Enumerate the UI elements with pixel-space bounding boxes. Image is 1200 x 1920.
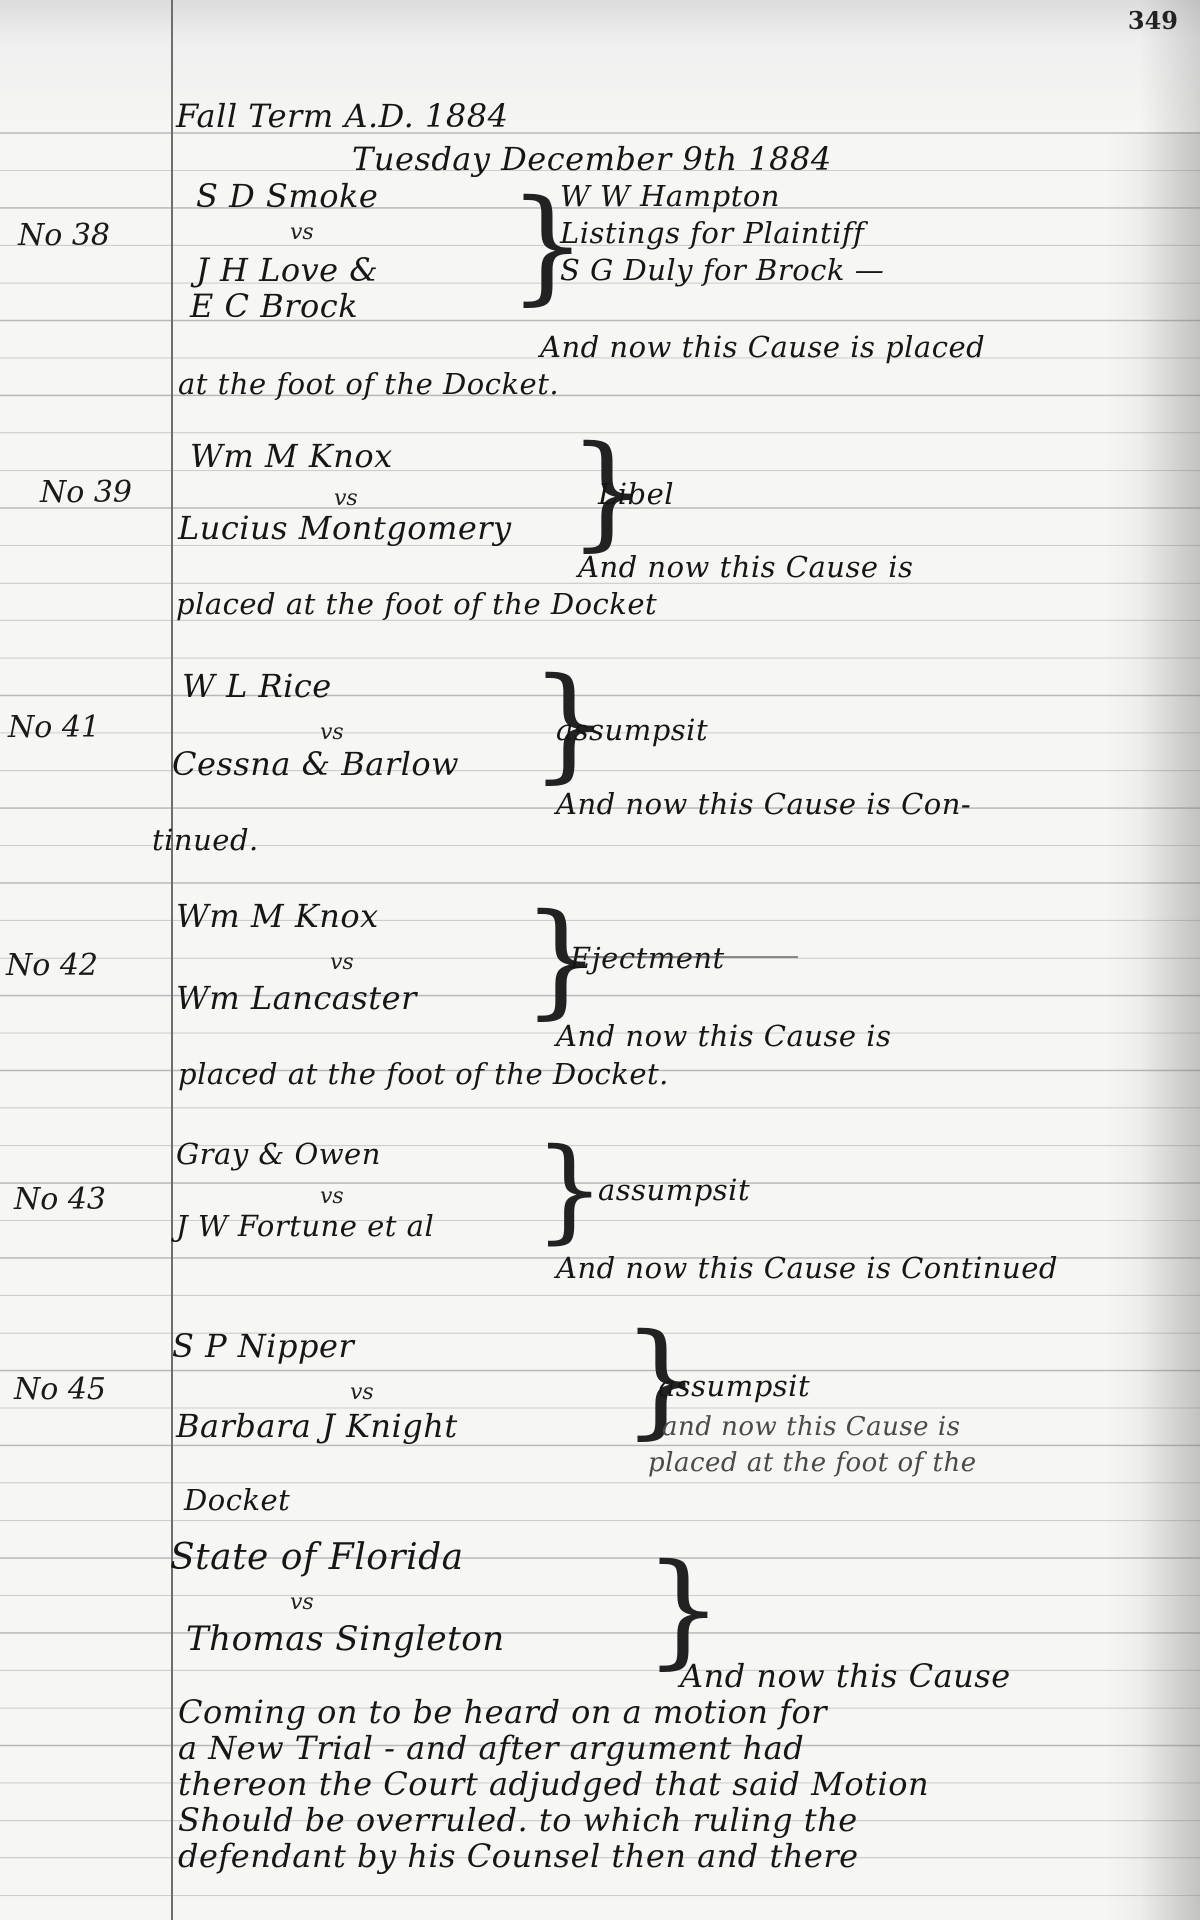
versus-label: vs [290,220,314,245]
case-order: defendant by his Counsel then and there [178,1840,859,1872]
case-defendant: J W Fortune et al [176,1212,434,1241]
case-defendant: E C Brock [190,290,358,322]
case-action: assumpsit [658,1372,810,1401]
case-order: And now this Cause is [578,553,913,582]
case-defendant: J H Love & [196,254,378,286]
case-action: Ejectment [570,944,725,973]
margin-rule [171,0,173,1920]
page-edge-shadow [1140,0,1200,1920]
versus-label: vs [290,1590,314,1615]
case-defendant: Thomas Singleton [186,1622,505,1656]
case-order: tinued. [152,826,259,855]
case-order: at the foot of the Docket. [178,370,559,399]
session-date: Tuesday December 9th 1884 [352,143,832,175]
case-number: No 41 [8,710,100,745]
case-order: placed at the foot of the Docket. [178,1060,669,1089]
case-order: placed at the foot of the Docket [176,590,657,619]
brace-icon: } [534,1134,605,1246]
case-counsel: Listings for Plaintiff [560,219,864,248]
docket-page: 349 Fall Term A.D. 1884 Tuesday December… [0,0,1200,1920]
versus-label: vs [350,1380,374,1405]
case-defendant: Wm Lancaster [176,982,417,1014]
case-plaintiff: Wm M Knox [176,900,379,932]
case-action: assumpsit [598,1176,750,1205]
case-order: And now this Cause is Con- [556,790,971,819]
versus-label: vs [330,950,354,975]
case-counsel: W W Hampton [560,182,780,211]
case-defendant: Barbara J Knight [176,1410,458,1442]
case-order: and now this Cause is [662,1414,960,1440]
versus-label: vs [320,720,344,745]
case-action: assumpsit [556,716,708,745]
brace-icon: } [644,1548,723,1672]
case-order: Docket [184,1486,290,1515]
case-order: a New Trial - and after argument had [178,1732,804,1764]
case-number: No 42 [6,948,98,983]
case-counsel: S G Duly for Brock — [560,256,884,285]
case-order: And now this Cause [680,1660,1011,1692]
case-order: And now this Cause is placed [540,333,985,362]
case-defendant: Cessna & Barlow [172,748,459,780]
case-defendant: Lucius Montgomery [178,512,512,544]
case-order: placed at the foot of the [648,1450,977,1476]
case-order: Should be overruled. to which ruling the [178,1804,858,1836]
case-plaintiff: Gray & Owen [176,1140,381,1169]
case-action: Libel [598,480,674,509]
case-order: And now this Cause is Continued [556,1254,1058,1283]
case-plaintiff: S P Nipper [172,1330,354,1362]
case-number: No 43 [14,1182,106,1217]
page-number: 349 [1128,6,1178,35]
underline-stroke [568,956,798,958]
case-order: And now this Cause is [556,1022,891,1051]
case-number: No 45 [14,1372,106,1407]
term-heading: Fall Term A.D. 1884 [176,100,508,132]
case-number: No 39 [40,475,132,510]
case-plaintiff: W L Rice [182,670,332,702]
case-plaintiff: Wm M Knox [190,440,393,472]
versus-label: vs [334,486,358,511]
case-order: Coming on to be heard on a motion for [178,1696,827,1728]
case-plaintiff: S D Smoke [196,180,378,212]
case-order: thereon the Court adjudged that said Mot… [178,1768,929,1800]
case-plaintiff: State of Florida [170,1540,464,1576]
versus-label: vs [320,1184,344,1209]
case-number: No 38 [18,218,110,253]
